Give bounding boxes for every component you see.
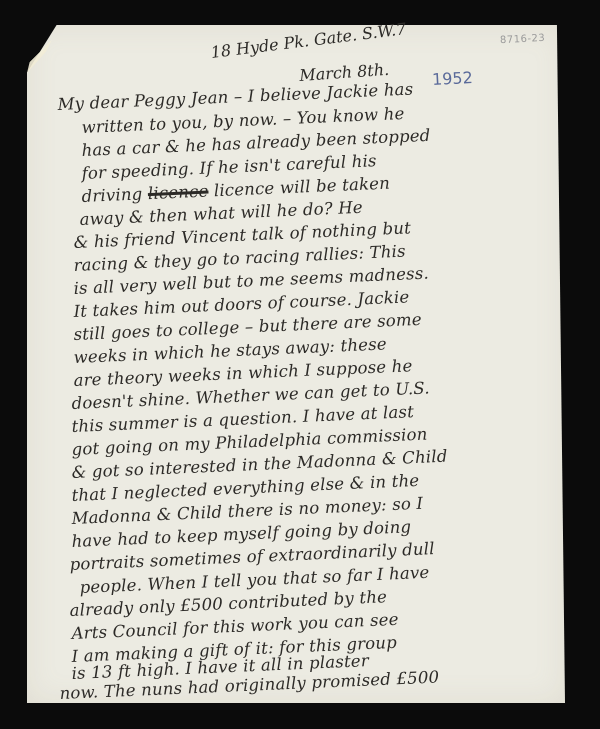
struck-word: licence [147,181,208,203]
year-annotation: 1952 [432,68,474,89]
